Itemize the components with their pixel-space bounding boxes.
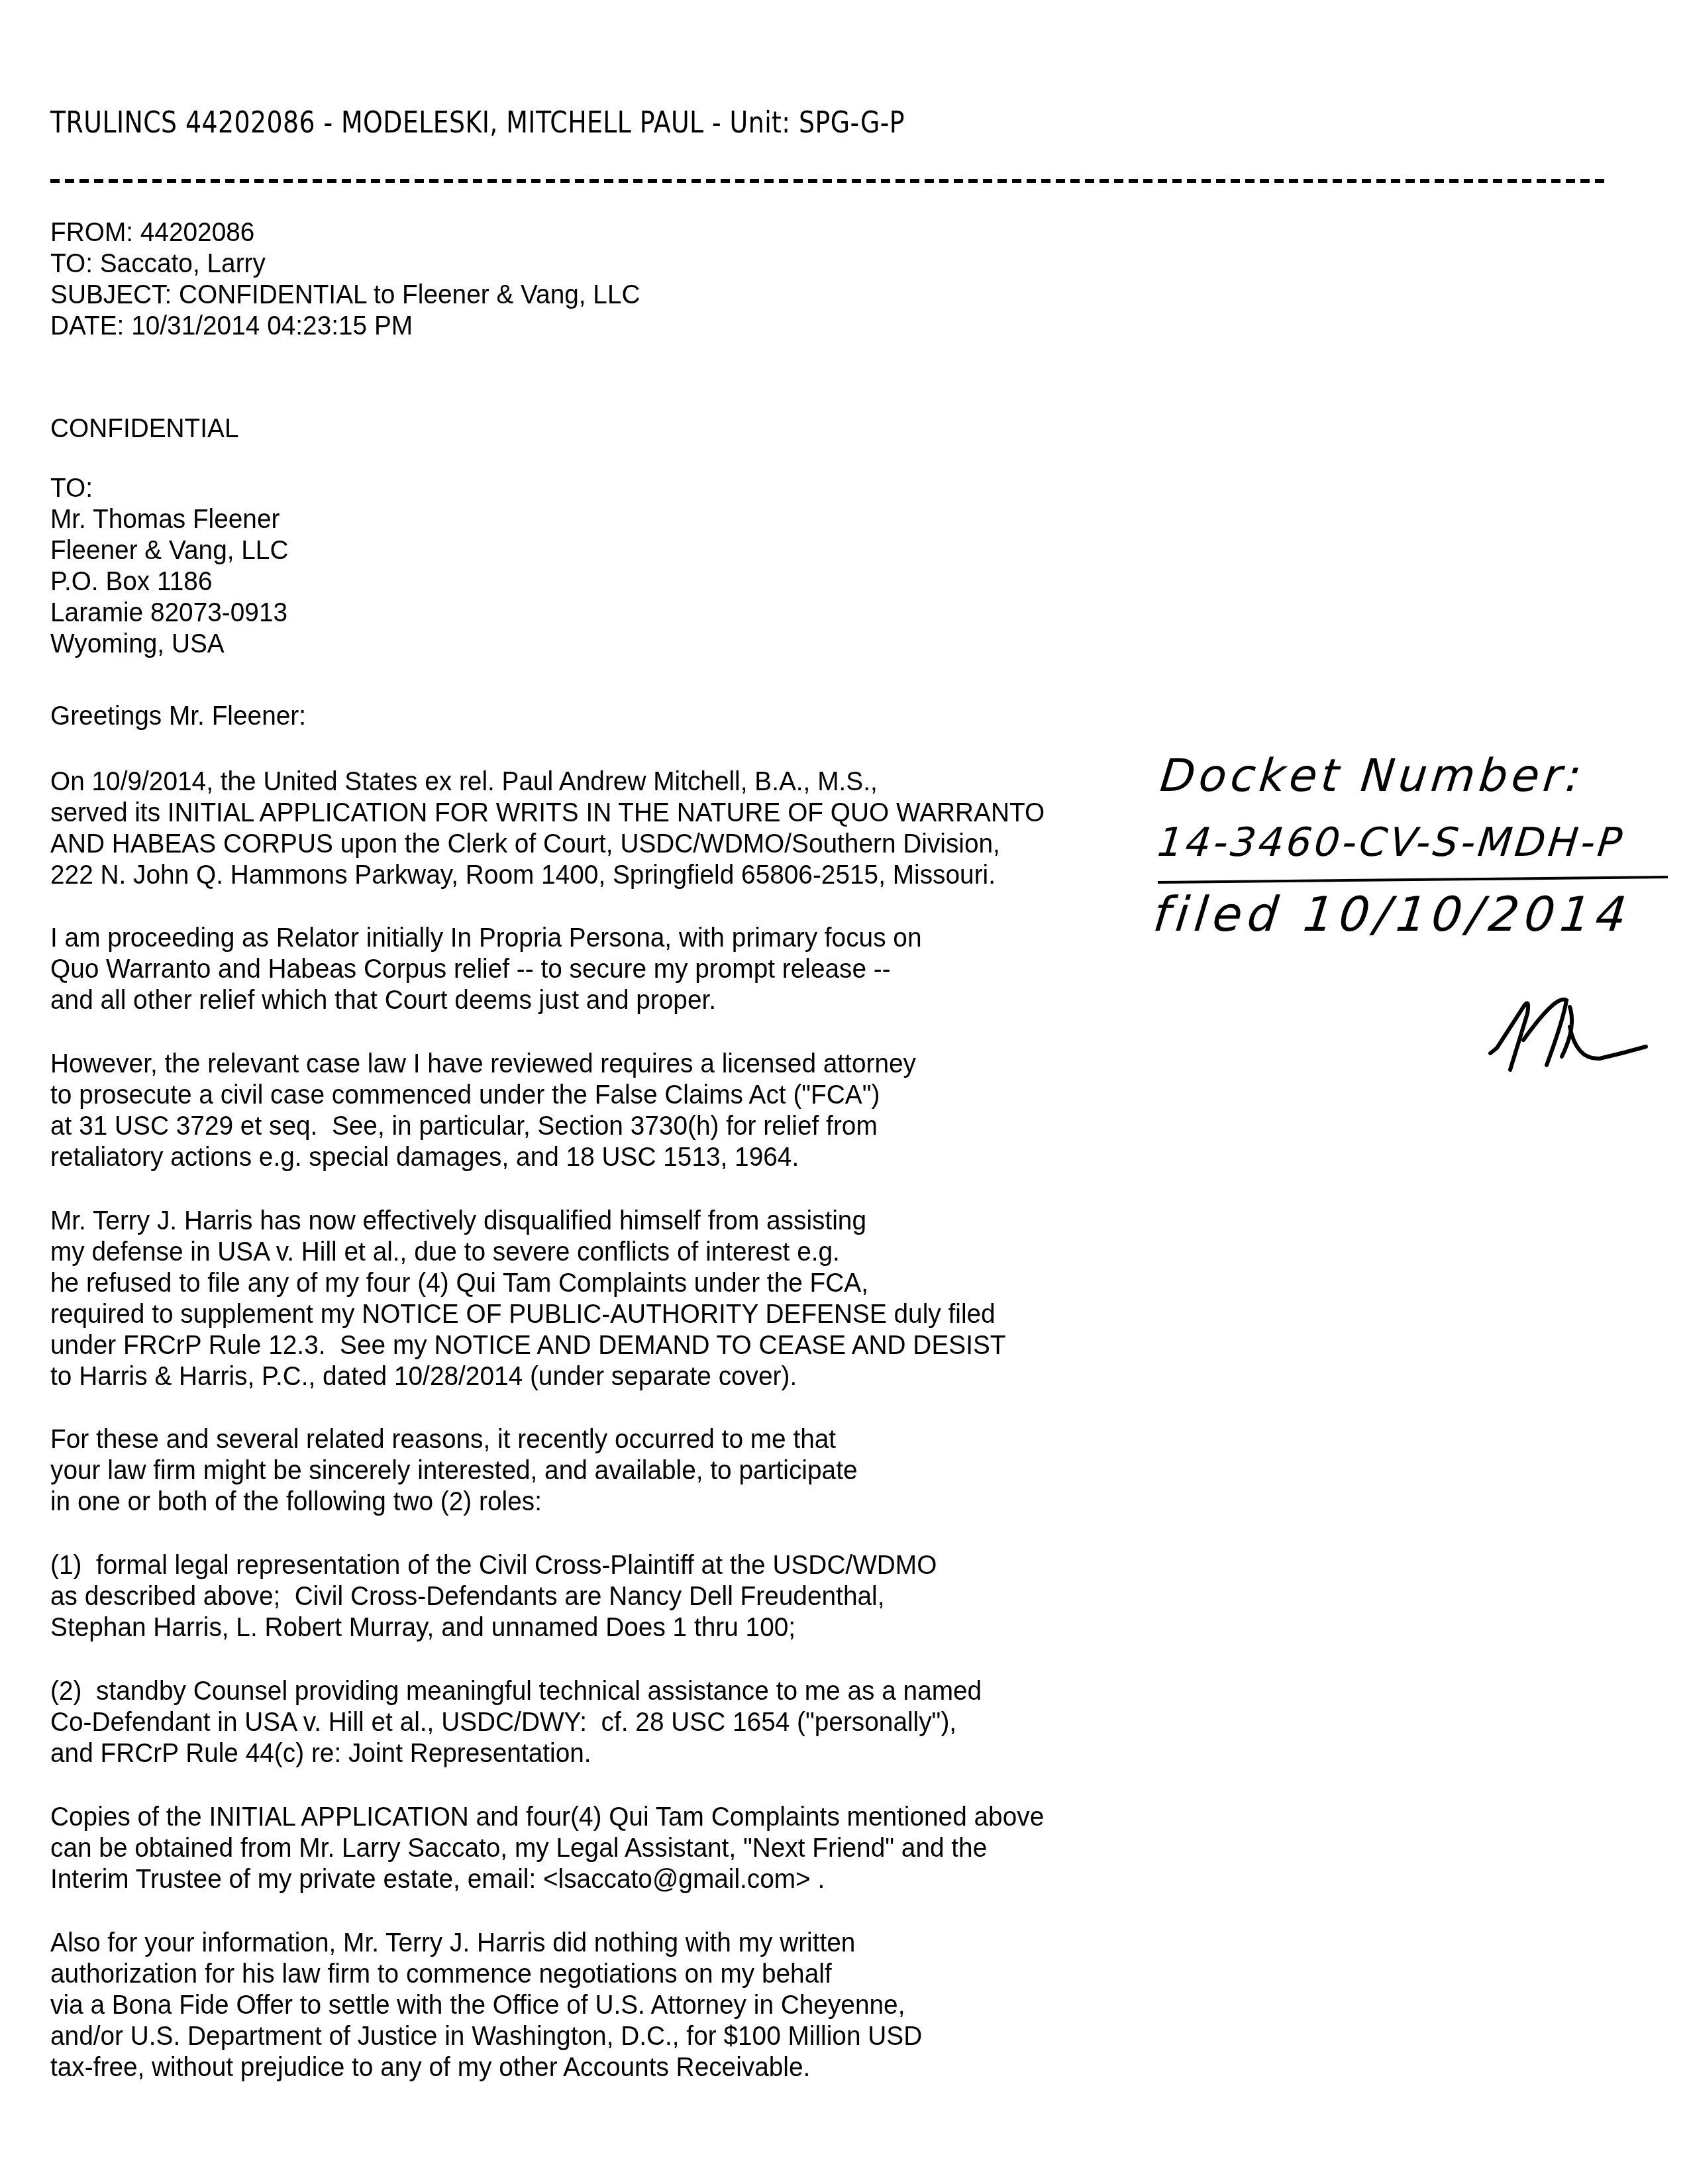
paragraph-information: Also for your information, Mr. Terry J. … <box>50 1928 949 2083</box>
paragraph-line: served its INITIAL APPLICATION FOR WRITS… <box>50 798 1045 829</box>
paragraph-line: On 10/9/2014, the United States ex rel. … <box>50 766 1045 798</box>
paragraph-line: can be obtained from Mr. Larry Saccato, … <box>50 1833 1044 1864</box>
dashed-divider <box>50 179 1607 183</box>
paragraph-line: via a Bona Fide Offer to settle with the… <box>50 1990 922 2021</box>
paragraph-line: 222 N. John Q. Hammons Parkway, Room 140… <box>50 860 1045 891</box>
paragraph-line: (2) standby Counsel providing meaningful… <box>50 1676 982 1707</box>
paragraph-2: I am proceeding as Relator initially In … <box>50 923 948 1016</box>
addressee-line: Fleener & Vang, LLC <box>50 535 288 566</box>
paragraph-line: to prosecute a civil case commenced unde… <box>50 1080 916 1111</box>
paragraph-line: Quo Warranto and Habeas Corpus relief --… <box>50 954 921 985</box>
paragraph-line: to Harris & Harris, P.C., dated 10/28/20… <box>50 1361 1005 1392</box>
trulincs-header: TRULINCS 44202086 - MODELESKI, MITCHELL … <box>50 106 905 140</box>
addressee-line: Wyoming, USA <box>50 629 288 660</box>
paragraph-copies: Copies of the INITIAL APPLICATION and fo… <box>50 1802 1075 1895</box>
paragraph-line: For these and several related reasons, i… <box>50 1424 857 1455</box>
paragraph-line: under FRCrP Rule 12.3. See my NOTICE AND… <box>50 1330 1005 1361</box>
paragraph-line: Mr. Terry J. Harris has now effectively … <box>50 1206 1005 1237</box>
meta-date: DATE: 10/31/2014 04:23:15 PM <box>50 311 640 342</box>
greeting-text: Greetings Mr. Fleener: <box>50 701 306 732</box>
paragraph-line: as described above; Civil Cross-Defendan… <box>50 1581 937 1612</box>
paragraph-line: Also for your information, Mr. Terry J. … <box>50 1928 922 1959</box>
paragraph-line: AND HABEAS CORPUS upon the Clerk of Cour… <box>50 829 1045 860</box>
paragraph-role-2: (2) standby Counsel providing meaningful… <box>50 1676 1011 1769</box>
paragraph-3: However, the relevant case law I have re… <box>50 1049 943 1173</box>
addressee-block: TO: Mr. Thomas Fleener Fleener & Vang, L… <box>50 473 296 660</box>
paragraph-line: your law firm might be sincerely interes… <box>50 1455 857 1486</box>
paragraph-line: and/or U.S. Department of Justice in Was… <box>50 2021 922 2052</box>
paragraph-line: However, the relevant case law I have re… <box>50 1049 916 1080</box>
handwritten-docket-number: 14-3460-CV-S-MDH-P <box>1155 816 1627 869</box>
paragraph-line: at 31 USC 3729 et seq. See, in particula… <box>50 1111 916 1142</box>
message-meta: FROM: 44202086 TO: Saccato, Larry SUBJEC… <box>50 217 658 342</box>
greeting: Greetings Mr. Fleener: <box>50 701 314 732</box>
paragraph-1: On 10/9/2014, the United States ex rel. … <box>50 766 1076 891</box>
paragraph-5: For these and several related reasons, i… <box>50 1424 882 1518</box>
meta-to: TO: Saccato, Larry <box>50 248 640 280</box>
paragraph-line: required to supplement my NOTICE OF PUBL… <box>50 1299 1005 1330</box>
paragraph-line: (1) formal legal representation of the C… <box>50 1550 937 1581</box>
paragraph-line: and FRCrP Rule 44(c) re: Joint Represent… <box>50 1738 982 1769</box>
paragraph-line: in one or both of the following two (2) … <box>50 1486 857 1518</box>
paragraph-line: authorization for his law firm to commen… <box>50 1959 922 1990</box>
paragraph-line: Co-Defendant in USA v. Hill et al., USDC… <box>50 1707 982 1738</box>
paragraph-line: tax-free, without prejudice to any of my… <box>50 2052 922 2083</box>
addressee-label: TO: <box>50 473 288 504</box>
handwritten-docket-label: Docket Number: <box>1158 750 1588 803</box>
handwritten-filed-date: filed 10/10/2014 <box>1151 888 1635 941</box>
paragraph-line: retaliatory actions e.g. special damages… <box>50 1142 916 1173</box>
addressee-line: Laramie 82073-0913 <box>50 598 288 629</box>
meta-subject: SUBJECT: CONFIDENTIAL to Fleener & Vang,… <box>50 280 640 311</box>
paragraph-line: I am proceeding as Relator initially In … <box>50 923 921 954</box>
paragraph-line: my defense in USA v. Hill et al., due to… <box>50 1237 1005 1268</box>
paragraph-line: Stephan Harris, L. Robert Murray, and un… <box>50 1612 937 1643</box>
signature-initials-icon <box>1484 987 1656 1083</box>
addressee-line: P.O. Box 1186 <box>50 566 288 598</box>
paragraph-line: Copies of the INITIAL APPLICATION and fo… <box>50 1802 1044 1833</box>
paragraph-line: he refused to file any of my four (4) Qu… <box>50 1268 1005 1299</box>
paragraph-role-1: (1) formal legal representation of the C… <box>50 1550 964 1643</box>
paragraph-line: Interim Trustee of my private estate, em… <box>50 1864 1044 1895</box>
paragraph-4: Mr. Terry J. Harris has now effectively … <box>50 1206 1035 1392</box>
meta-from: FROM: 44202086 <box>50 217 640 248</box>
addressee-line: Mr. Thomas Fleener <box>50 504 288 535</box>
handwritten-underline <box>1158 876 1668 884</box>
paragraph-line: and all other relief which that Court de… <box>50 985 921 1016</box>
confidential-label: CONFIDENTIAL <box>50 413 244 444</box>
confidential-text: CONFIDENTIAL <box>50 413 239 444</box>
